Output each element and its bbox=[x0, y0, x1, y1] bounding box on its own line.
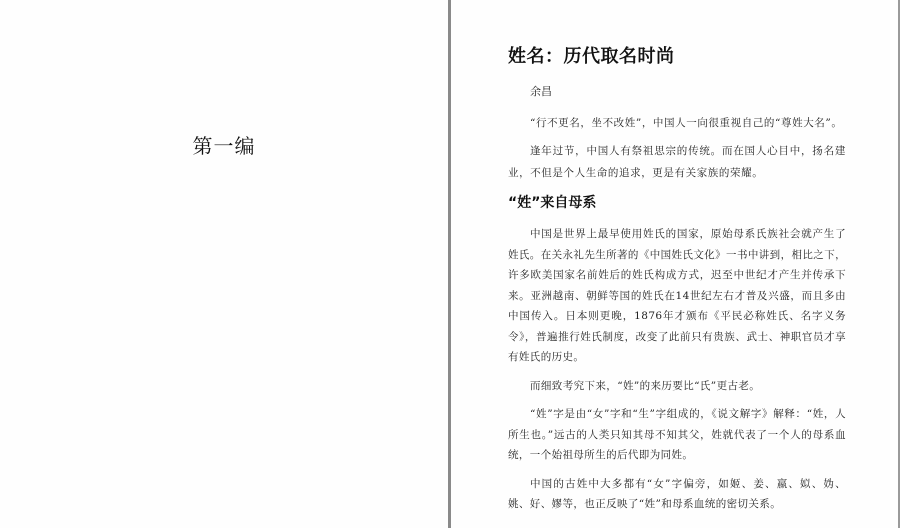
page-content: 姓名：历代取名时尚 余昌 “行不更名，坐不改姓”，中国人一向很重视自己的“尊姓大… bbox=[508, 44, 846, 523]
intro-paragraph: “行不更名，坐不改姓”，中国人一向很重视自己的“尊姓大名”。 bbox=[508, 112, 846, 134]
part-title: 第一编 bbox=[0, 130, 448, 159]
body-paragraph: 中国是世界上最早使用姓氏的国家，原始母系氏族社会就产生了姓氏。在关永礼先生所著的… bbox=[508, 224, 846, 368]
article-title: 姓名：历代取名时尚 bbox=[508, 44, 846, 70]
author-name: 余昌 bbox=[530, 84, 846, 100]
left-page: 第一编 bbox=[0, 0, 448, 528]
body-paragraph: 而细致考究下来，“姓”的来历要比“氏”更古老。 bbox=[508, 376, 846, 397]
section-heading: “姓”来自母系 bbox=[508, 192, 846, 214]
document-viewer: 第一编 姓名：历代取名时尚 余昌 “行不更名，坐不改姓”，中国人一向很重视自己的… bbox=[0, 0, 900, 528]
right-page: 姓名：历代取名时尚 余昌 “行不更名，坐不改姓”，中国人一向很重视自己的“尊姓大… bbox=[451, 0, 898, 528]
intro-paragraph: 逢年过节，中国人有祭祖思宗的传统。而在国人心目中，扬名建业，不但是个人生命的追求… bbox=[508, 140, 846, 184]
body-paragraph: 中国的古姓中大多都有“女”字偏旁，如姬、姜、嬴、姒、妫、姚、好、嫪等，也正反映了… bbox=[508, 474, 846, 515]
body-paragraph: “姓”字是由“女”字和“生”字组成的，《说文解字》解释：“姓，人所生也。”远古的… bbox=[508, 404, 846, 466]
